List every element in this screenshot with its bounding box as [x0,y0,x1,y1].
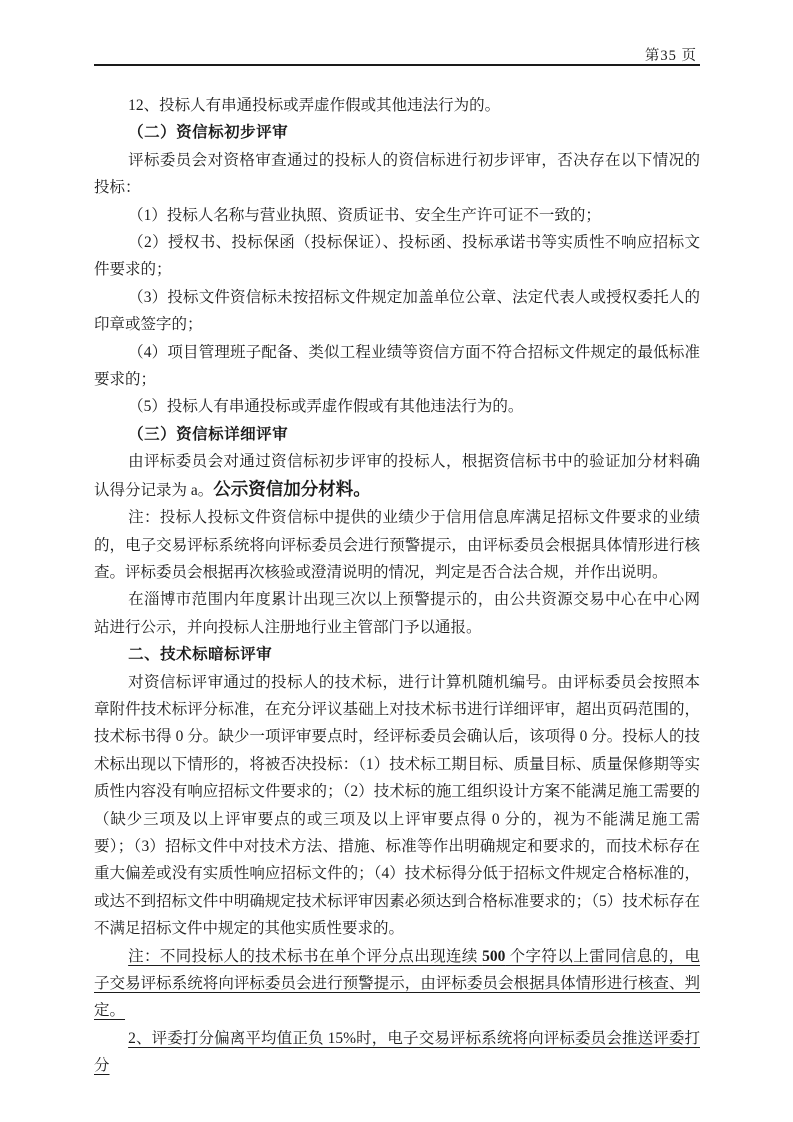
section-heading: （二）资信标初步评审 [94,119,700,146]
paragraph: 评标委员会对资格审查通过的投标人的资信标进行初步评审，否决存在以下情况的投标： [94,147,700,202]
text-run: 注：投标人投标文件资信标中提供的业绩少于信用信息库满足招标文件要求的业绩的，电子… [94,509,700,581]
text-run: 二、技术标暗标评审 [128,646,272,663]
text-run: 注：不同投标人的技术标书在单个评分点出现连续 [128,948,482,965]
page-header: 第35 页 [94,44,700,66]
text-run: 500 [482,948,505,965]
section-heading: 二、技术标暗标评审 [94,641,700,668]
paragraph: （3）投标文件资信标未按招标文件规定加盖单位公章、法定代表人或授权委托人的印章或… [94,284,700,339]
paragraph: （2）授权书、投标保函（投标保证）、投标函、投标承诺书等实质性不响应招标文件要求… [94,229,700,284]
document-body: 12、投标人有串通投标或弄虚作假或其他违法行为的。（二）资信标初步评审评标委员会… [94,66,700,1080]
text-run: 对资信标评审通过的投标人的技术标，进行计算机随机编号。由评标委员会按照本章附件技… [94,674,700,938]
paragraph: （1）投标人名称与营业执照、资质证书、安全生产许可证不一致的； [94,202,700,229]
text-run: （三）资信标详细评审 [128,426,288,443]
document-page: 第35 页 12、投标人有串通投标或弄虚作假或其他违法行为的。（二）资信标初步评… [0,0,793,1122]
paragraph: 对资信标评审通过的投标人的技术标，进行计算机随机编号。由评标委员会按照本章附件技… [94,669,700,943]
paragraph: 在淄博市范围内年度累计出现三次以上预警提示的，由公共资源交易中心在中心网站进行公… [94,586,700,641]
text-run: 由评标委员会对通过资信标初步评审的投标人，根据资信标书中的验证加分材料确认得分记… [94,453,700,498]
text-run: 公示资信加分材料。 [213,479,371,499]
paragraph: 注：投标人投标文件资信标中提供的业绩少于信用信息库满足招标文件要求的业绩的，电子… [94,504,700,586]
text-run: 12、投标人有串通投标或弄虚作假或其他违法行为的。 [128,97,500,114]
text-run: （二）资信标初步评审 [128,124,288,141]
paragraph: （5）投标人有串通投标或弄虚作假或有其他违法行为的。 [94,393,700,420]
text-run: 2、评委打分偏离平均值正负 15%时，电子交易评标系统将向评标委员会推送评委打分 [94,1030,700,1074]
page-number: 第35 页 [642,48,700,66]
text-run: （5）投标人有串通投标或弄虚作假或有其他违法行为的。 [128,398,523,415]
text-run: 在淄博市范围内年度累计出现三次以上预警提示的，由公共资源交易中心在中心网站进行公… [94,591,700,635]
section-heading: （三）资信标详细评审 [94,421,700,448]
paragraph: 由评标委员会对通过资信标初步评审的投标人，根据资信标书中的验证加分材料确认得分记… [94,448,700,504]
text-run: 评标委员会对资格审查通过的投标人的资信标进行初步评审，否决存在以下情况的投标： [94,152,700,196]
text-run: （4）项目管理班子配备、类似工程业绩等资信方面不符合招标文件规定的最低标准要求的… [94,344,700,388]
text-run: （1）投标人名称与营业执照、资质证书、安全生产许可证不一致的； [128,207,601,224]
paragraph: 12、投标人有串通投标或弄虚作假或其他违法行为的。 [94,92,700,119]
paragraph: 2、评委打分偏离平均值正负 15%时，电子交易评标系统将向评标委员会推送评委打分 [94,1025,700,1080]
text-run: （3）投标文件资信标未按招标文件规定加盖单位公章、法定代表人或授权委托人的印章或… [94,289,700,333]
paragraph: 注：不同投标人的技术标书在单个评分点出现连续 500 个字符以上雷同信息的，电子… [94,943,700,1025]
paragraph: （4）项目管理班子配备、类似工程业绩等资信方面不符合招标文件规定的最低标准要求的… [94,339,700,394]
text-run: （2）授权书、投标保函（投标保证）、投标函、投标承诺书等实质性不响应招标文件要求… [94,234,700,278]
